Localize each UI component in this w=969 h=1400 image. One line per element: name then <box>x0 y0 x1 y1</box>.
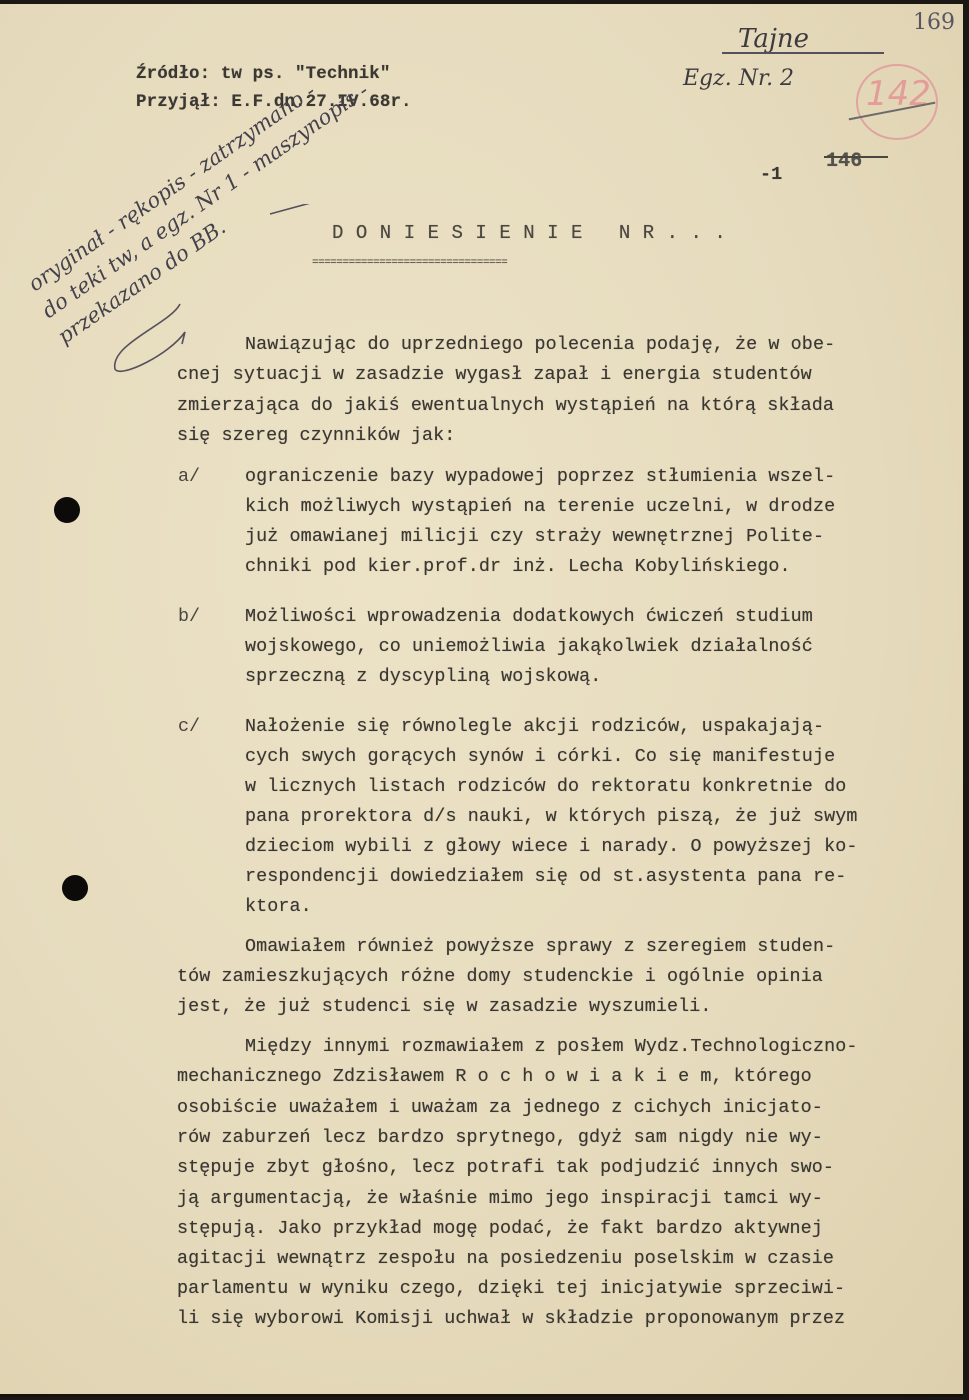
text-line: pana prorektora d/s nauki, w których pis… <box>245 806 858 827</box>
punch-hole <box>54 497 80 523</box>
secret-signature: Tajne <box>738 24 809 54</box>
document-title: DONIESIENIE NR... <box>332 222 738 244</box>
text-line: Między innymi rozmawiałem z posłem Wydz.… <box>245 1036 858 1057</box>
text-line: jest, że już studenci się w zasadzie wys… <box>177 996 712 1017</box>
text-line: cnej sytuacji w zasadzie wygasł zapał i … <box>177 364 812 385</box>
text-line: w licznych listach rodziców do rektoratu… <box>245 776 846 797</box>
text-line: zmierzająca do jakiś ewentualnych wystąp… <box>177 395 834 416</box>
typed-number-strike <box>824 156 888 158</box>
text-line: rów zaburzeń lecz bardzo sprytnego, gdyż… <box>177 1127 823 1148</box>
text-line: Nałożenie się równolegle akcji rodziców,… <box>245 716 824 737</box>
text-line: li się wyborowi Komisji uchwał w składzi… <box>177 1308 845 1329</box>
typed-number: 146 <box>826 150 862 173</box>
signature-underline <box>722 52 884 54</box>
text-line: respondencji dowiedziałem się od st.asys… <box>245 866 846 887</box>
text-line: Omawiałem również powyższe sprawy z szer… <box>245 936 835 957</box>
text-line: już omawianej milicji czy straży wewnętr… <box>245 526 824 547</box>
text-line: Nawiązując do uprzedniego polecenia poda… <box>245 334 835 355</box>
title-underline: ================================ <box>312 257 507 269</box>
text-line: stępują. Jako przykład mogę podać, że fa… <box>177 1218 823 1239</box>
text-line: agitacji wewnątrz zespołu na posiedzeniu… <box>177 1248 834 1269</box>
text-line: osobiście uważałem i uważam za jednego z… <box>177 1097 823 1118</box>
text-line: chniki pod kier.prof.dr inż. Lecha Kobyl… <box>245 556 791 577</box>
text-line: tów zamieszkujących różne domy studencki… <box>177 966 823 987</box>
document-page: Źródło: tw ps. "Technik" Przyjął: E.F.dn… <box>0 4 963 1397</box>
text-line: parlamentu w wyniku czego, dzięki tej in… <box>177 1278 845 1299</box>
item-label: a/ <box>178 466 200 487</box>
text-line: ograniczenie bazy wypadowej poprzez stłu… <box>245 466 835 487</box>
text-line: sprzeczną z dyscypliną wojskową. <box>245 666 601 687</box>
page-marker: -1 <box>760 164 782 185</box>
text-line: kich możliwych wystąpień na terenie ucze… <box>245 496 835 517</box>
punch-hole <box>62 875 88 901</box>
item-label: c/ <box>178 716 200 737</box>
item-label: b/ <box>178 606 200 627</box>
archive-number: 169 <box>913 10 955 35</box>
text-line: stępuje zbyt głośno, lecz potrafi tak po… <box>177 1157 834 1178</box>
text-line: się szereg czynników jak: <box>177 425 455 446</box>
text-line: dzieciom wybili z głowy wiece i narady. … <box>245 836 858 857</box>
text-line: ją argumentacją, że właśnie mimo jego in… <box>177 1188 823 1209</box>
text-line: mechanicznego Zdzisławem R o c h o w i a… <box>177 1066 812 1087</box>
text-line: ktora. <box>245 896 312 917</box>
text-line: Możliwości wprowadzenia dodatkowych ćwic… <box>245 606 813 627</box>
text-line: cych swych gorących synów i córki. Co si… <box>245 746 835 767</box>
copy-note: Egz. Nr. 2 <box>683 66 794 91</box>
text-line: wojskowego, co uniemożliwia jakąkolwiek … <box>245 636 813 657</box>
